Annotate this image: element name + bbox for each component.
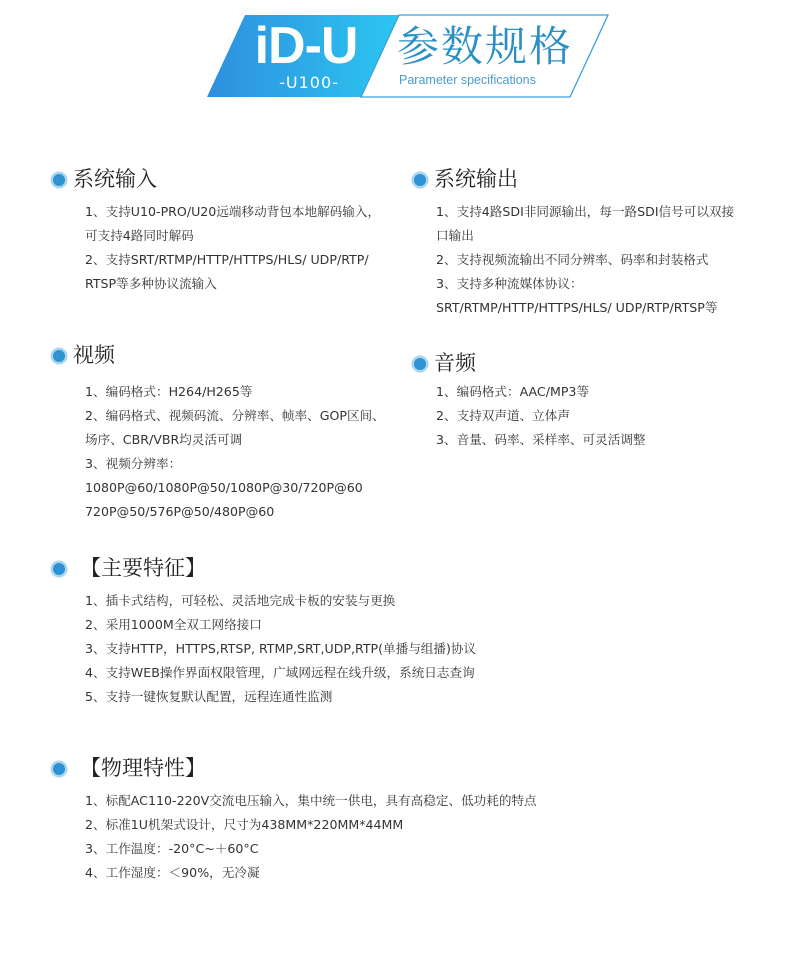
list-item: 可支持4路同时解码 <box>85 224 380 248</box>
list-item: 720P@50/576P@50/480P@60 <box>85 500 385 524</box>
list-item: SRT/RTMP/HTTP/HTTPS/HLS/ UDP/RTP/RTSP等 <box>436 296 734 320</box>
list-item: 口输出 <box>436 224 734 248</box>
page-title: 参数规格 <box>397 20 573 74</box>
list-item: 2、支持SRT/RTMP/HTTP/HTTPS/HLS/ UDP/RTP/ <box>85 248 380 272</box>
bullet-dot-icon <box>414 358 426 370</box>
list-item: 4、工作湿度：＜90%，无冷凝 <box>85 861 537 885</box>
section-system-output: 系统输出 1、支持4路SDI非同源输出，每一路SDI信号可以双接 口输出 2、支… <box>414 166 712 316</box>
page-subtitle: Parameter specifications <box>399 72 536 88</box>
list-item: 1、插卡式结构，可轻松、灵活地完成卡板的安装与更换 <box>85 589 476 613</box>
section-physical-properties: 【物理特性】 1、标配AC110-220V交流电压输入，集中统一供电，具有高稳定… <box>53 755 505 881</box>
bullet-dot-icon <box>414 174 426 186</box>
section-video: 视频 1、编码格式：H264/H265等 2、编码格式、视频码流、分辨率、帧率、… <box>53 342 353 516</box>
list-item: 1080P@60/1080P@50/1080P@30/720P@60 <box>85 476 385 500</box>
section-title: 系统输入 <box>73 164 157 194</box>
bullet-dot-icon <box>53 350 65 362</box>
section-title: 【主要特征】 <box>80 553 206 583</box>
list-item: 3、支持HTTP，HTTPS,RTSP, RTMP,SRT,UDP,RTP(单播… <box>85 637 476 661</box>
list-item: 4、支持WEB操作界面权限管理，广域网远程在线升级，系统日志查询 <box>85 661 476 685</box>
bullet-dot-icon <box>53 563 65 575</box>
list-item: 1、支持4路SDI非同源输出，每一路SDI信号可以双接 <box>436 200 734 224</box>
list-item: 3、视频分辨率： <box>85 452 385 476</box>
list-item: 5、支持一键恢复默认配置，远程连通性监测 <box>85 685 476 709</box>
section-title: 视频 <box>73 340 115 370</box>
list-item: 3、音量、码率、采样率、可灵活调整 <box>436 428 646 452</box>
bullet-dot-icon <box>53 174 65 186</box>
list-item: 2、支持双声道、立体声 <box>436 404 646 428</box>
list-item: 场序、CBR/VBR均灵活可调 <box>85 428 385 452</box>
model-label: -U100- <box>259 74 359 92</box>
wifi-icon <box>207 14 223 28</box>
list-item: 2、标准1U机架式设计，尺寸为438MM*220MM*44MM <box>85 813 537 837</box>
list-item: 3、支持多种流媒体协议： <box>436 272 734 296</box>
brand-logo: iD-U <box>247 16 365 76</box>
section-title: 【物理特性】 <box>80 753 206 783</box>
list-item: 2、编码格式、视频码流、分辨率、帧率、GOP区间、 <box>85 404 385 428</box>
list-item: 1、标配AC110-220V交流电压输入，集中统一供电，具有高稳定、低功耗的特点 <box>85 789 537 813</box>
list-item: 3、工作温度：-20°C~＋60°C <box>85 837 537 861</box>
section-title: 系统输出 <box>434 164 518 194</box>
list-item: 2、支持视频流输出不同分辨率、码率和封装格式 <box>436 248 734 272</box>
list-item: 2、采用1000M全双工网络接口 <box>85 613 476 637</box>
section-audio: 音频 1、编码格式：AAC/MP3等 2、支持双声道、立体声 3、音量、码率、采… <box>414 350 624 452</box>
list-item: 1、支持U10-PRO/U20远端移动背包本地解码输入， <box>85 200 380 224</box>
section-title: 音频 <box>434 348 476 378</box>
list-item: RTSP等多种协议流输入 <box>85 272 380 296</box>
list-item: 1、编码格式：H264/H265等 <box>85 380 385 404</box>
section-main-features: 【主要特征】 1、插卡式结构，可轻松、灵活地完成卡板的安装与更换 2、采用100… <box>53 555 444 705</box>
list-item: 1、编码格式：AAC/MP3等 <box>436 380 646 404</box>
bullet-dot-icon <box>53 763 65 775</box>
header-banner: iD-U -U100- 参数规格 Parameter specification… <box>207 14 610 98</box>
section-system-input: 系统输入 1、支持U10-PRO/U20远端移动背包本地解码输入， 可支持4路同… <box>53 166 348 292</box>
